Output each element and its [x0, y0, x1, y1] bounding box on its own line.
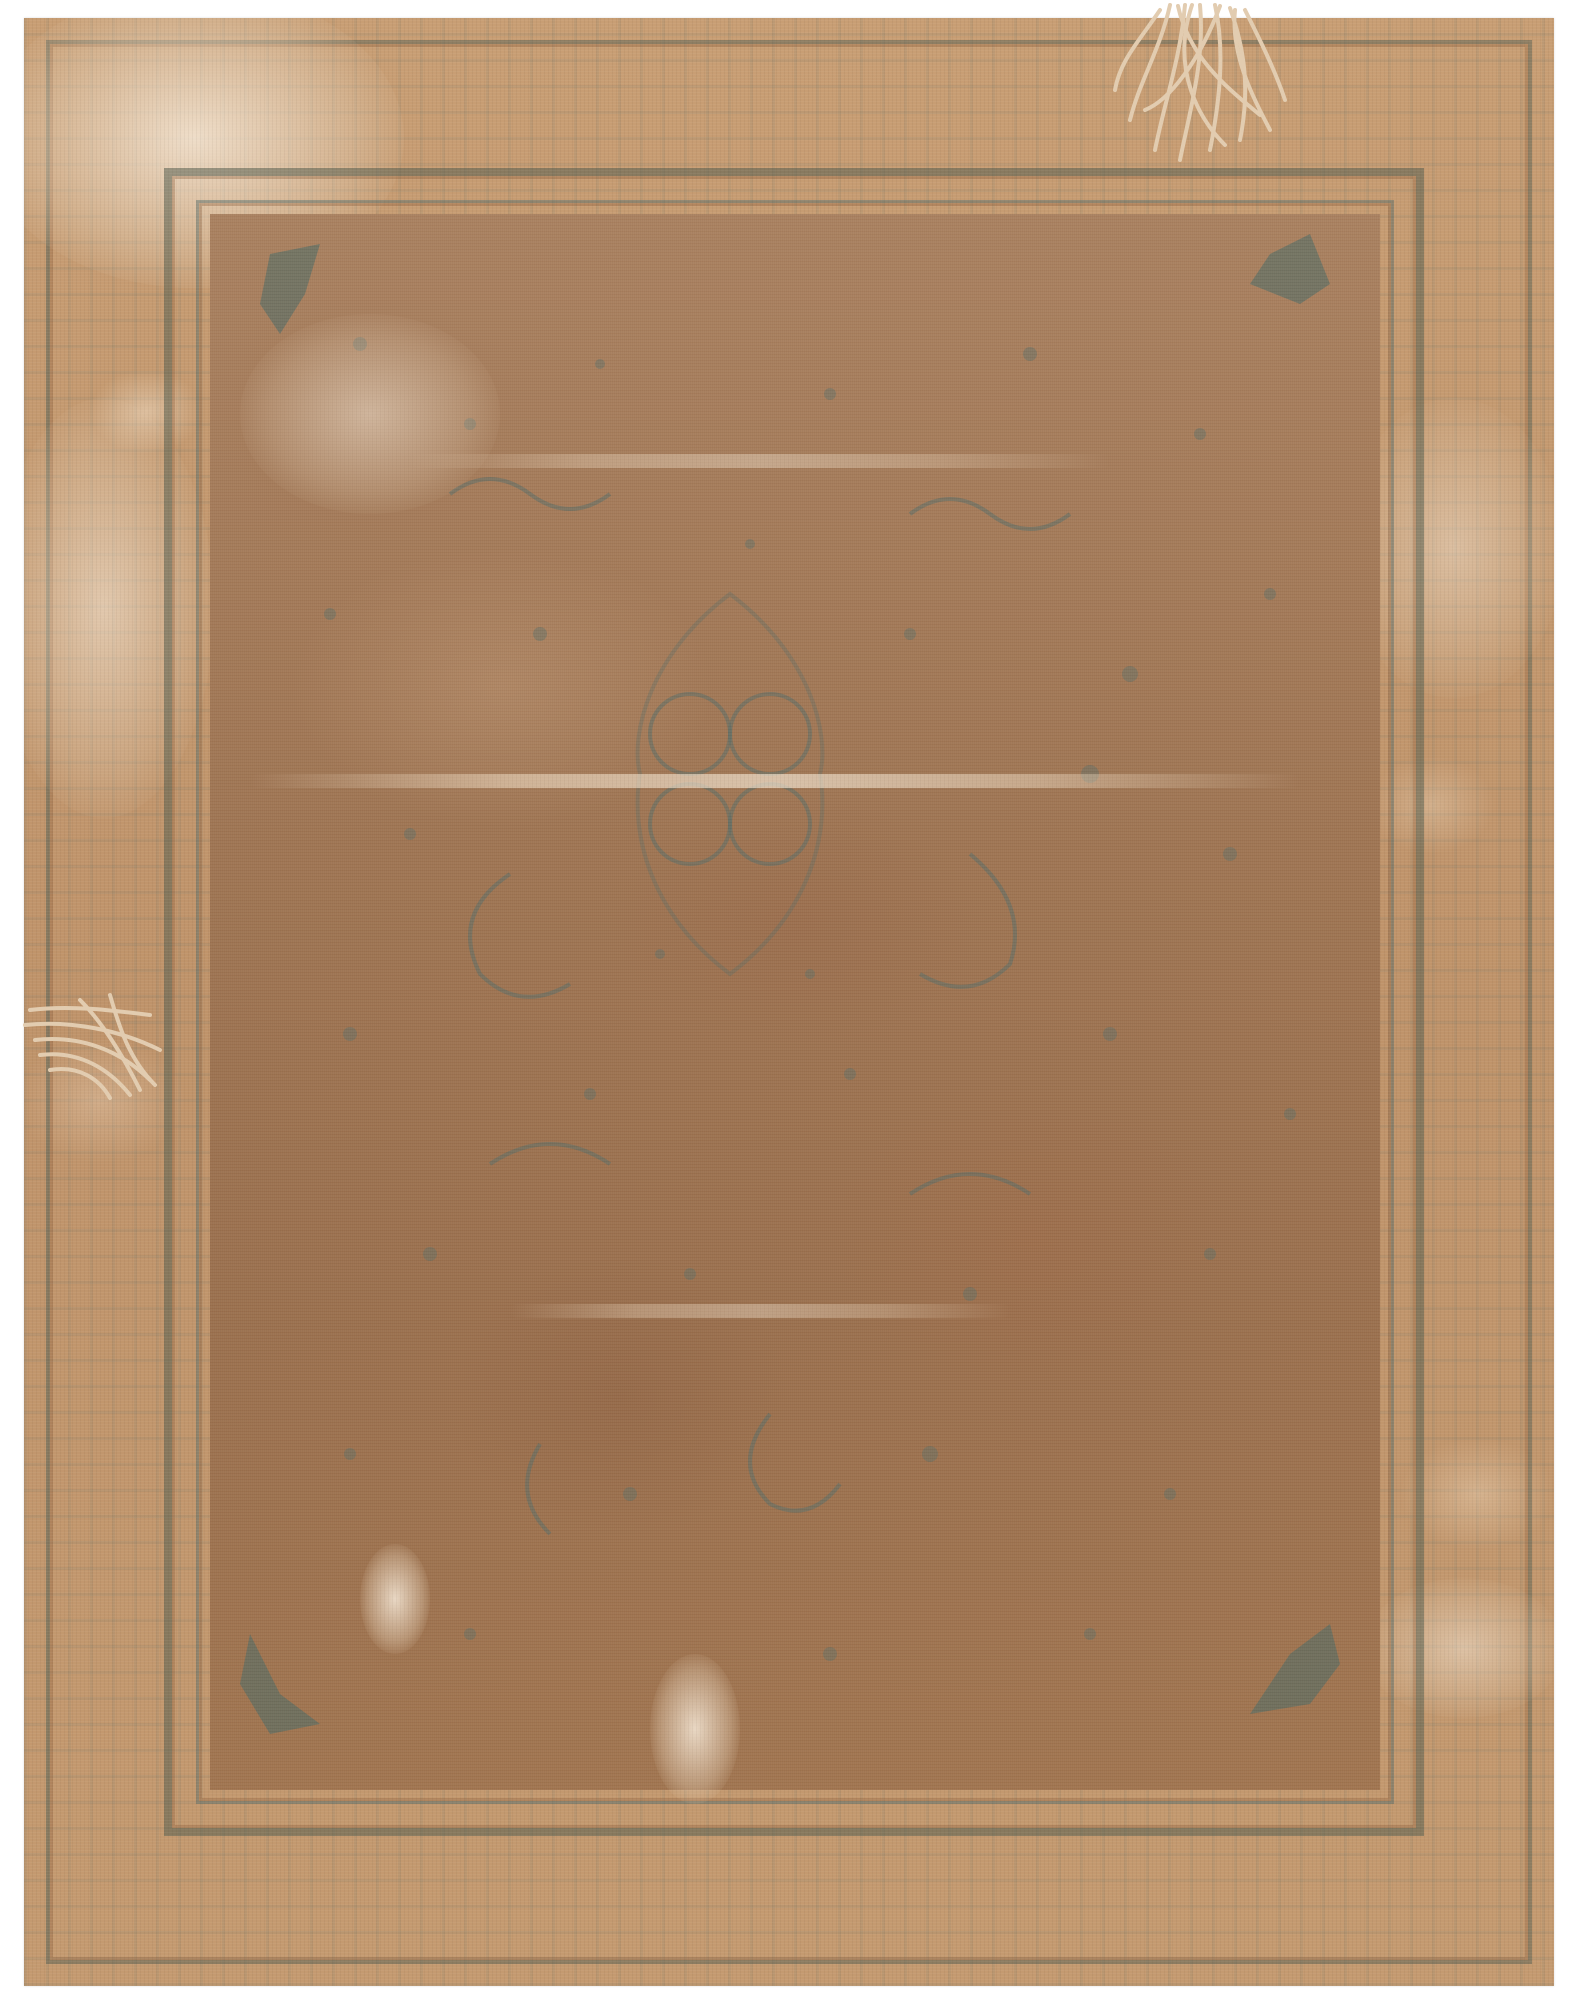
- corner-motif-bottom-right: [1250, 1624, 1340, 1714]
- corner-motif-top-left: [260, 244, 320, 334]
- wear-line: [250, 774, 1300, 788]
- rug-field: [210, 214, 1380, 1790]
- corner-motif-bottom-left: [240, 1634, 320, 1734]
- wear-line: [410, 454, 1110, 468]
- worn-patch: [240, 314, 500, 514]
- fringe-tuft-left: [20, 990, 170, 1100]
- rug: [24, 18, 1554, 1986]
- fringe-tuft-top-right: [1110, 0, 1300, 170]
- corner-motif-top-right: [1250, 234, 1330, 304]
- worn-patch: [360, 1544, 430, 1654]
- worn-patch: [650, 1654, 740, 1804]
- wear-line: [510, 1304, 1010, 1318]
